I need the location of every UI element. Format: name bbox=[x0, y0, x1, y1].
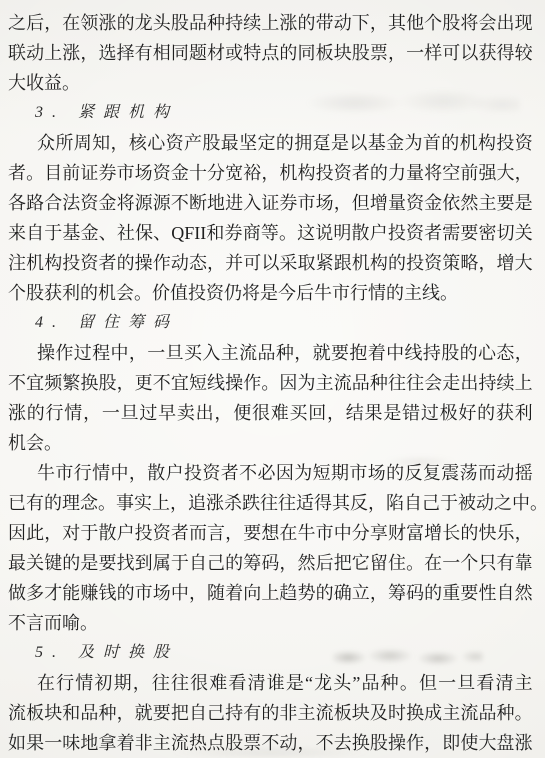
paragraph-line: 最关键的是要找到属于自己的筹码，然后把它留住。在一个只有靠 bbox=[8, 548, 533, 578]
paragraph-line: 机会。 bbox=[8, 428, 533, 458]
paragraph-line: 者。目前证券市场资金十分宽裕，机构投资者的力量将空前强大， bbox=[8, 158, 533, 188]
paragraph-line: 来自于基金、社保、QFII和券商等。这说明散户投资者需要密切关 bbox=[8, 218, 533, 248]
section-heading-4: 4. 留住筹码 bbox=[8, 308, 533, 338]
paragraph-line: 个股获利的机会。价值投资仍将是今后牛市行情的主线。 bbox=[8, 278, 533, 308]
paragraph-line: 在行情初期，往往很难看清谁是“龙头”品种。但一旦看清主 bbox=[8, 668, 533, 698]
paragraph-line: 牛市行情中，散户投资者不必因为短期市场的反复震荡而动摇 bbox=[8, 458, 533, 488]
paragraph-line: 因此，对于散户投资者而言，要想在牛市中分享财富增长的快乐， bbox=[8, 518, 533, 548]
paragraph-line: 操作过程中，一旦买入主流品种，就要抱着中线持股的心态， bbox=[8, 338, 533, 368]
paragraph-line: 涨的行情，一旦过早卖出，便很难买回，结果是错过极好的获利 bbox=[8, 398, 533, 428]
paragraph-line: 注机构投资者的操作动态，并可以采取紧跟机构的投资策略，增大 bbox=[8, 248, 533, 278]
paragraph-line: 联动上涨，选择有相同题材或特点的同板块股票，一样可以获得较 bbox=[8, 38, 533, 68]
paragraph-line: 众所周知，核心资产股最坚定的拥趸是以基金为首的机构投资 bbox=[8, 128, 533, 158]
paragraph-line: 流板块和品种，就要把自己持有的非主流板块及时换成主流品种。 bbox=[8, 698, 533, 728]
paragraph-line: 各路合法资金将源源不断地进入证券市场，但增量资金依然主要是 bbox=[8, 188, 533, 218]
paragraph-line: 做多才能赚钱的市场中，随着向上趋势的确立，筹码的重要性自然 bbox=[8, 578, 533, 608]
section-heading-5: 5. 及时换股 bbox=[8, 638, 533, 668]
paragraph-line: 之后，在领涨的龙头股品种持续上涨的带动下，其他个股将会出现 bbox=[8, 8, 533, 38]
paragraph-line: 已有的理念。事实上，追涨杀跌往往适得其反，陷自己于被动之中。 bbox=[8, 488, 533, 518]
paragraph-line: 大收益。 bbox=[8, 68, 533, 98]
section-heading-3: 3. 紧跟机构 bbox=[8, 98, 533, 128]
paragraph-line: 不言而喻。 bbox=[8, 608, 533, 638]
paragraph-line: 不宜频繁换股，更不宜短线操作。因为主流品种往往会走出持续上 bbox=[8, 368, 533, 398]
book-page-scan: 之后，在领涨的龙头股品种持续上涨的带动下，其他个股将会出现 联动上涨，选择有相同… bbox=[0, 0, 545, 758]
paragraph-line: 如果一味地拿着非主流热点股票不动，不去换股操作，即使大盘涨 bbox=[8, 728, 533, 758]
